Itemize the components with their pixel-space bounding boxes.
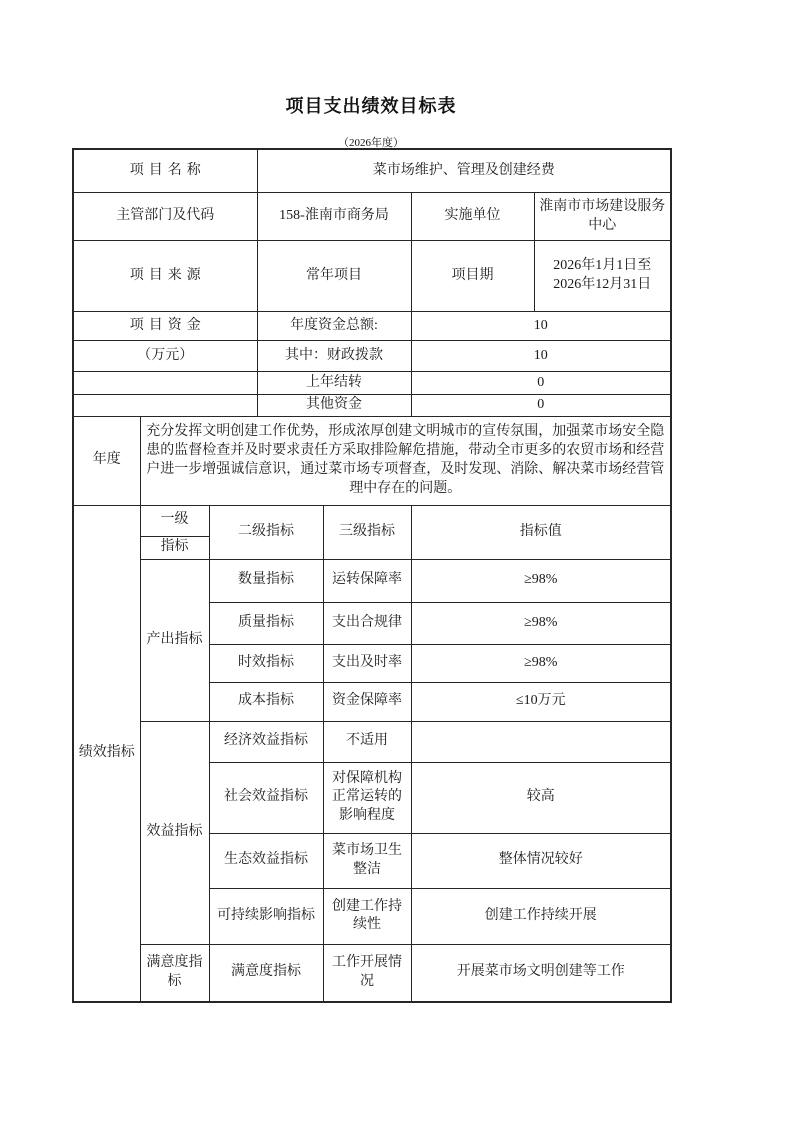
level3-cell: 支出合规律 xyxy=(323,602,411,644)
level3-cell: 不适用 xyxy=(323,721,411,762)
level3-cell: 运转保障率 xyxy=(323,559,411,602)
level2-cell: 成本指标 xyxy=(209,682,323,721)
impl-unit-label-cell: 实施单位 xyxy=(411,193,534,241)
level3-cell: 工作开展情况 xyxy=(323,944,411,1002)
performance-target-table: 项目名称 菜市场维护、管理及创建经费 主管部门及代码 158-淮南市商务局 实施… xyxy=(72,148,672,1003)
impl-unit-value-cell: 淮南市市场建设服务中心 xyxy=(534,193,671,241)
level3-cell: 创建工作持续性 xyxy=(323,888,411,944)
dept-value-cell: 158-淮南市商务局 xyxy=(257,193,411,241)
level3-cell: 资金保障率 xyxy=(323,682,411,721)
table-row: 项目来源 常年项目 项目期 2026年1月1日至 2026年12月31日 xyxy=(73,241,671,312)
table-row: 年度 充分发挥文明创建工作优势，形成浓厚创建文明城市的宣传氛围，加强菜市场安全隐… xyxy=(73,416,671,505)
table-row: 项目名称 菜市场维护、管理及创建经费 xyxy=(73,149,671,193)
dept-label-cell: 主管部门及代码 xyxy=(73,193,257,241)
table-row: 绩效指标 一级 二级指标 三级指标 指标值 xyxy=(73,505,671,536)
source-label-cell: 项目来源 xyxy=(73,241,257,312)
level2-cell: 经济效益指标 xyxy=(209,721,323,762)
value-cell: ≥98% xyxy=(411,602,671,644)
funding-fiscal-label-cell: 其中：财政拨款 xyxy=(257,341,411,372)
funding-carryover-label-cell: 上年结转 xyxy=(257,372,411,395)
level1-header-cell-top: 一级 xyxy=(140,505,209,536)
level2-cell: 生态效益指标 xyxy=(209,833,323,888)
page-title: 项目支出绩效目标表 xyxy=(72,92,670,118)
value-cell: ≥98% xyxy=(411,559,671,602)
table-row: 产出指标 数量指标 运转保障率 ≥98% xyxy=(73,559,671,602)
level2-cell: 满意度指标 xyxy=(209,944,323,1002)
funding-empty-cell xyxy=(73,395,257,417)
funding-label-cell: 项目资金 xyxy=(73,312,257,341)
funding-empty-cell xyxy=(73,372,257,395)
value-cell: ≤10万元 xyxy=(411,682,671,721)
table-row: 效益指标 经济效益指标 不适用 xyxy=(73,721,671,762)
value-cell: 创建工作持续开展 xyxy=(411,888,671,944)
level3-cell: 支出及时率 xyxy=(323,644,411,682)
level3-cell: 菜市场卫生整洁 xyxy=(323,833,411,888)
period-label-cell: 项目期 xyxy=(411,241,534,312)
level2-cell: 社会效益指标 xyxy=(209,762,323,833)
funding-total-value-cell: 10 xyxy=(411,312,671,341)
value-cell: 整体情况较好 xyxy=(411,833,671,888)
value-header-cell: 指标值 xyxy=(411,505,671,559)
table-row: （万元） 其中：财政拨款 10 xyxy=(73,341,671,372)
project-name-label-cell: 项目名称 xyxy=(73,149,257,193)
table-row: 满意度指标 满意度指标 工作开展情况 开展菜市场文明创建等工作 xyxy=(73,944,671,1002)
project-name-value-cell: 菜市场维护、管理及创建经费 xyxy=(257,149,671,193)
value-cell xyxy=(411,721,671,762)
level1-header-cell-bottom: 指标 xyxy=(140,536,209,559)
funding-other-label-cell: 其他资金 xyxy=(257,395,411,417)
table-row: 主管部门及代码 158-淮南市商务局 实施单位 淮南市市场建设服务中心 xyxy=(73,193,671,241)
funding-carryover-value-cell: 0 xyxy=(411,372,671,395)
annual-goal-label-cell: 年度 xyxy=(73,416,140,505)
level3-cell: 对保障机构正常运转的影响程度 xyxy=(323,762,411,833)
group-benefit-label-cell: 效益指标 xyxy=(140,721,209,944)
annual-goal-text-cell: 充分发挥文明创建工作优势，形成浓厚创建文明城市的宣传氛围，加强菜市场安全隐患的监… xyxy=(140,416,671,505)
value-cell: 开展菜市场文明创建等工作 xyxy=(411,944,671,1002)
period-value-cell: 2026年1月1日至 2026年12月31日 xyxy=(534,241,671,312)
funding-total-label-cell: 年度资金总额: xyxy=(257,312,411,341)
funding-other-value-cell: 0 xyxy=(411,395,671,417)
value-cell: ≥98% xyxy=(411,644,671,682)
table-row: 上年结转 0 xyxy=(73,372,671,395)
indicators-section-label-cell: 绩效指标 xyxy=(73,505,140,1002)
value-cell: 较高 xyxy=(411,762,671,833)
level3-header-cell: 三级指标 xyxy=(323,505,411,559)
group-output-label-cell: 产出指标 xyxy=(140,559,209,721)
level2-cell: 数量指标 xyxy=(209,559,323,602)
level2-cell: 质量指标 xyxy=(209,602,323,644)
funding-fiscal-value-cell: 10 xyxy=(411,341,671,372)
table-row: 项目资金 年度资金总额: 10 xyxy=(73,312,671,341)
table-row: 其他资金 0 xyxy=(73,395,671,417)
document-header: 项目支出绩效目标表 （2026年度） xyxy=(72,92,670,150)
funding-unit-label-cell: （万元） xyxy=(73,341,257,372)
level2-cell: 时效指标 xyxy=(209,644,323,682)
source-value-cell: 常年项目 xyxy=(257,241,411,312)
level2-cell: 可持续影响指标 xyxy=(209,888,323,944)
group-satisfaction-label-cell: 满意度指标 xyxy=(140,944,209,1002)
level2-header-cell: 二级指标 xyxy=(209,505,323,559)
